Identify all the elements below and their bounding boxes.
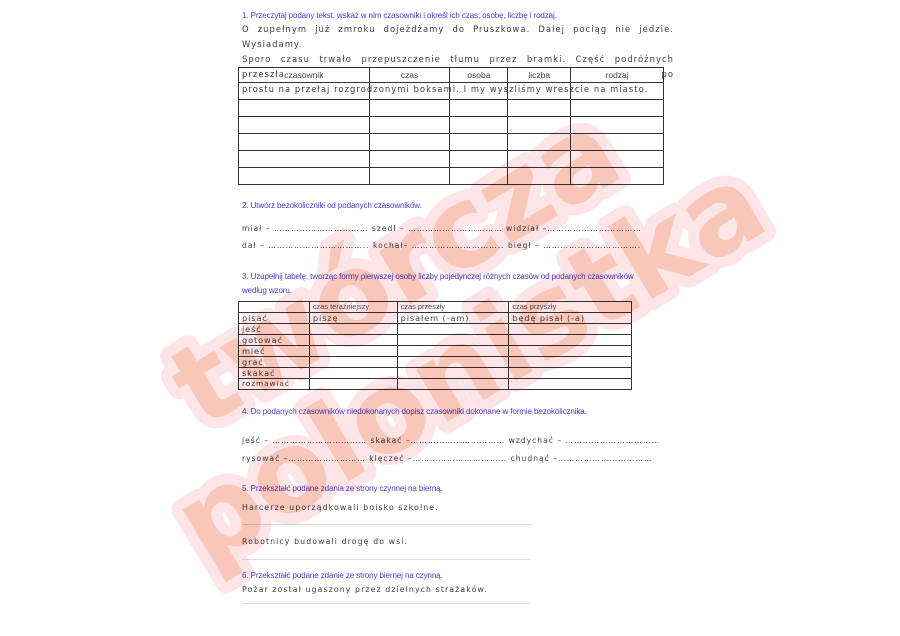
task3-table-header-row: czas teraźniejszyczas przeszłyczas przys… — [239, 302, 632, 313]
answer-cell-czasownik[interactable] — [239, 168, 370, 185]
task5-answer1-line[interactable]: …………………………………………………………………………………………………………… — [242, 520, 532, 527]
example-cell: piszę — [309, 313, 397, 324]
answer-cell-czas[interactable] — [369, 117, 450, 134]
task1-text-line: O zupełnym już zmroku dojeżdżamy do Prus… — [242, 22, 674, 52]
answer-cell[interactable] — [397, 368, 509, 379]
answer-cell[interactable] — [509, 368, 632, 379]
answer-cell[interactable] — [509, 346, 632, 357]
verb-label: rozmawiać — [239, 379, 310, 390]
example-cell: będę pisał (-a) — [509, 313, 632, 324]
task5-sentence1: Harcerze uporządkowali boisko szkolne. — [242, 503, 439, 512]
answer-cell-rodzaj[interactable] — [571, 117, 664, 134]
task6-answer1-line[interactable]: …………………………………………………………………………………………………………… — [242, 599, 530, 606]
task1-table-header-row: czasownik czas osoba liczba rodzaj — [239, 68, 664, 83]
header-osoba: osoba — [450, 68, 508, 83]
table-row: rozmawiać — [239, 379, 632, 390]
answer-cell[interactable] — [509, 324, 632, 335]
example-cell: pisałem (-am) — [397, 313, 509, 324]
header-tense: czas przyszły — [509, 302, 632, 313]
answer-cell[interactable] — [397, 324, 509, 335]
answer-cell[interactable] — [509, 379, 632, 390]
header-czasownik: czasownik — [239, 68, 370, 83]
task1-table: czasownik czas osoba liczba rodzaj — [238, 67, 664, 185]
answer-cell-czas[interactable] — [369, 168, 450, 185]
header-empty — [239, 302, 310, 313]
verb-label: grać — [239, 357, 310, 368]
task5-sentence2: Robotnicy budowali drogę do wsi. — [242, 537, 408, 546]
answer-cell[interactable] — [309, 324, 397, 335]
answer-cell-liczba[interactable] — [508, 151, 571, 168]
table-row: skakać — [239, 368, 632, 379]
answer-cell-liczba[interactable] — [508, 83, 571, 100]
verb-label: mieć — [239, 346, 310, 357]
answer-cell-liczba[interactable] — [508, 100, 571, 117]
answer-cell-liczba[interactable] — [508, 117, 571, 134]
answer-cell-liczba[interactable] — [508, 168, 571, 185]
task4-line2: rysować –……………………… klęczeć –…………………………… … — [242, 454, 653, 463]
table-row: grać — [239, 357, 632, 368]
answer-cell-rodzaj[interactable] — [571, 83, 664, 100]
verb-label: skakać — [239, 368, 310, 379]
answer-cell[interactable] — [509, 335, 632, 346]
task2-heading: 2. Utwórz bezokoliczniki od podanych cza… — [242, 201, 422, 210]
answer-cell[interactable] — [309, 346, 397, 357]
answer-cell-osoba[interactable] — [450, 83, 508, 100]
verb-label: pisać — [239, 313, 310, 324]
answer-cell-czasownik[interactable] — [239, 151, 370, 168]
task3-heading-line1: 3. Uzupełnij tabelę, tworząc formy pierw… — [242, 272, 634, 281]
answer-cell-czasownik[interactable] — [239, 134, 370, 151]
answer-cell-czas[interactable] — [369, 134, 450, 151]
answer-cell[interactable] — [309, 335, 397, 346]
answer-cell[interactable] — [309, 368, 397, 379]
worksheet-page: 1. Przeczytaj podany tekst, wskaż w nim … — [0, 0, 900, 636]
answer-cell-czasownik[interactable] — [239, 117, 370, 134]
table-row: mieć — [239, 346, 632, 357]
answer-cell-czas[interactable] — [369, 100, 450, 117]
answer-cell-czasownik[interactable] — [239, 100, 370, 117]
table-row — [239, 168, 664, 185]
table-row — [239, 100, 664, 117]
task5-answer2-line[interactable]: …………………………………………………………………………………………………………… — [242, 555, 530, 562]
answer-cell-rodzaj[interactable] — [571, 134, 664, 151]
header-tense: czas teraźniejszy — [309, 302, 397, 313]
answer-cell-osoba[interactable] — [450, 100, 508, 117]
answer-cell-czasownik[interactable] — [239, 83, 370, 100]
task2-line1: miał – …………………………… szedł – …………………………… w… — [242, 224, 642, 233]
answer-cell-czas[interactable] — [369, 83, 450, 100]
answer-cell[interactable] — [397, 346, 509, 357]
answer-cell[interactable] — [397, 357, 509, 368]
answer-cell[interactable] — [509, 357, 632, 368]
task5-heading: 5. Przekształć podane zdania ze strony c… — [242, 484, 443, 493]
answer-cell-rodzaj[interactable] — [571, 151, 664, 168]
verb-label: gotować — [239, 335, 310, 346]
table-row — [239, 134, 664, 151]
answer-cell[interactable] — [309, 357, 397, 368]
task3-heading-line2: według wzoru. — [242, 286, 292, 295]
task4-line1: jeść – …………………………… skakać –…………………………… w… — [242, 436, 660, 445]
task6-sentence1: Pożar został ugaszony przez dzielnych st… — [242, 585, 488, 594]
answer-cell-osoba[interactable] — [450, 134, 508, 151]
answer-cell-rodzaj[interactable] — [571, 100, 664, 117]
header-tense: czas przeszły — [397, 302, 509, 313]
table-row — [239, 151, 664, 168]
table-row: pisaćpiszępisałem (-am)będę pisał (-a) — [239, 313, 632, 324]
answer-cell-czas[interactable] — [369, 151, 450, 168]
verb-label: jeść — [239, 324, 310, 335]
answer-cell-osoba[interactable] — [450, 168, 508, 185]
task6-heading: 6. Przekształć podane zdanie ze strony b… — [242, 571, 443, 580]
answer-cell[interactable] — [397, 379, 509, 390]
table-row — [239, 83, 664, 100]
answer-cell-liczba[interactable] — [508, 134, 571, 151]
task2-line2: dał – …………………………….. kochał– …………………………..… — [242, 241, 641, 250]
answer-cell[interactable] — [397, 335, 509, 346]
table-row: jeść — [239, 324, 632, 335]
answer-cell-osoba[interactable] — [450, 151, 508, 168]
table-row — [239, 117, 664, 134]
header-czas: czas — [369, 68, 450, 83]
task3-table: czas teraźniejszyczas przeszłyczas przys… — [238, 301, 632, 390]
header-liczba: liczba — [508, 68, 571, 83]
task4-heading: 4. Do podanych czasowników niedokonanych… — [242, 407, 587, 416]
task1-heading: 1. Przeczytaj podany tekst, wskaż w nim … — [242, 11, 557, 20]
answer-cell[interactable] — [309, 379, 397, 390]
header-rodzaj: rodzaj — [571, 68, 664, 83]
answer-cell-osoba[interactable] — [450, 117, 508, 134]
answer-cell-rodzaj[interactable] — [571, 168, 664, 185]
table-row: gotować — [239, 335, 632, 346]
